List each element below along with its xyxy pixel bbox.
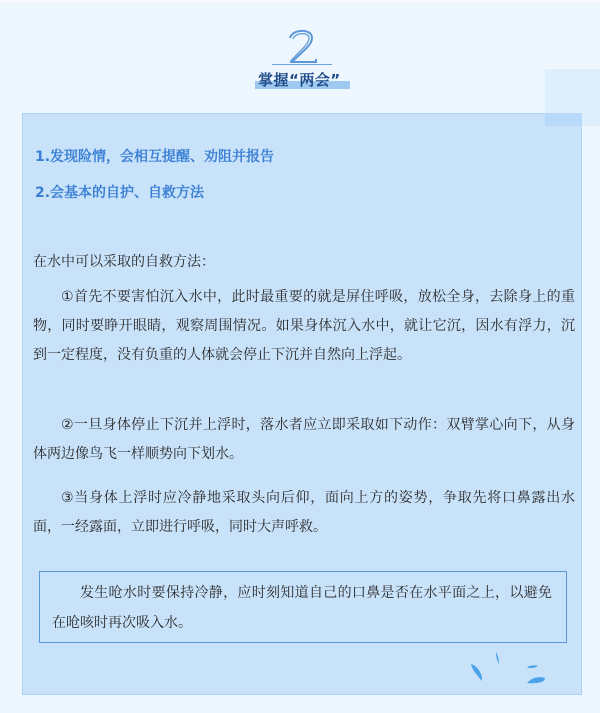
- section-title: 掌握“两会”: [255, 69, 350, 91]
- decorative-overlap: [545, 113, 582, 126]
- step-3: ③当身体上浮时应冷静地采取头向后仰，面向上方的姿势，争取先将口鼻露出水面，一经露…: [33, 484, 575, 542]
- section-number-underline: [272, 64, 332, 65]
- section-header: 掌握“两会”: [0, 14, 600, 94]
- note-box: 发生呛水时要保持冷静，应时刻知道自己的口鼻是否在水平面之上，以避免在呛咳时再次吸…: [39, 571, 567, 643]
- step-1: ①首先不要害怕沉入水中，此时最重要的就是屏住呼吸，放松全身，去除身上的重物，同时…: [33, 283, 575, 370]
- step-2: ②一旦身体停止下沉并上浮时，落水者应立即采取如下动作：双臂掌心向下，从身体两边像…: [33, 411, 575, 469]
- page: 掌握“两会” 1.发现险情，会相互提醒、劝阻并报告 2.会基本的自护、自救方法 …: [0, 0, 600, 713]
- top-edge: [0, 0, 600, 3]
- water-splash-icon: [468, 649, 548, 694]
- section-title-text: 掌握“两会”: [258, 69, 341, 90]
- note-text: 发生呛水时要保持冷静，应时刻知道自己的口鼻是否在水平面之上，以避免在呛咳时再次吸…: [52, 578, 552, 638]
- section-number-icon: [272, 26, 332, 66]
- key-point-1: 1.发现险情，会相互提醒、劝阻并报告: [35, 146, 274, 166]
- key-point-2: 2.会基本的自护、自救方法: [35, 182, 204, 202]
- intro-text: 在水中可以采取的自救方法：: [33, 248, 575, 277]
- content-card: 1.发现险情，会相互提醒、劝阻并报告 2.会基本的自护、自救方法 在水中可以采取…: [22, 113, 582, 695]
